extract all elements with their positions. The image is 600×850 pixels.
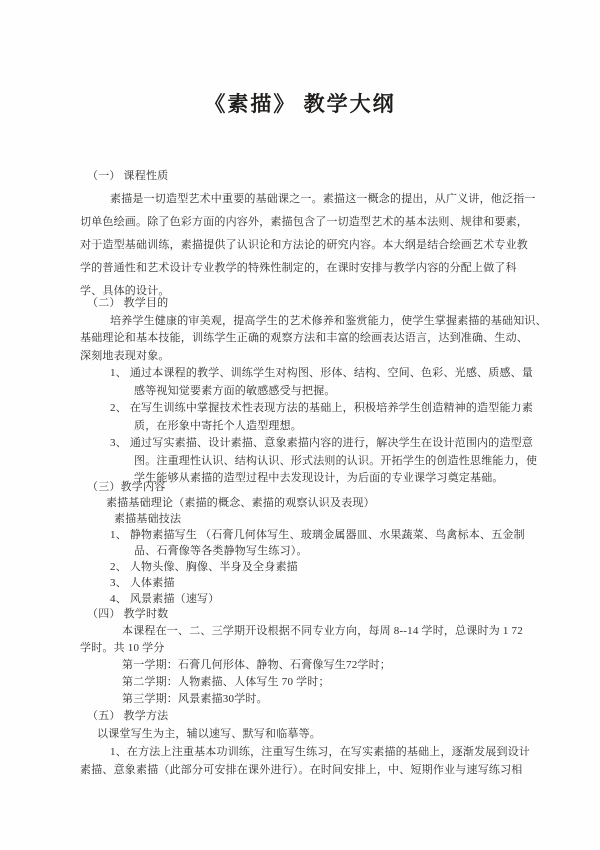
text-line: 本课程在一、二、三学期开设根据不同专业方向，每周 8--14 学时，总课时为 1…	[80, 623, 540, 640]
text-line: 感等视知觉要素方面的敏感感受与把握。	[80, 383, 540, 401]
text-line: 切单色绘画。除了色彩方面的内容外，素描包含了一切造型艺术的基本法则、规律和要素，	[80, 211, 540, 234]
section-heading: （三）教学内容	[80, 479, 540, 495]
text-line: 2、 人物头像、胸像、半身及全身素描	[80, 559, 540, 575]
text-line: 学时。共 10 学分	[80, 640, 540, 657]
text-line: 对于造型基础训练，素描提供了认识论和方法论的研究内容。本大纲是结合绘画艺术专业教	[80, 234, 540, 257]
text-line: 基础理论和基本技能，训练学生正确的观察方法和丰富的绘画表达语言，达到准确、生动、	[80, 330, 540, 348]
text-line: 第一学期：石膏几何形体、静物、石膏像写生72学时；	[80, 657, 540, 674]
text-line: 1、在方法上注重基本功训练，注重写生练习，在写实素描的基础上，逐渐发展到设计	[80, 743, 540, 761]
section-course-nature: （一） 课程性质素描是一切造型艺术中重要的基础课之一。素描这一概念的提出，从广义…	[80, 165, 540, 303]
section-heading: （五） 教学方法	[80, 707, 540, 725]
text-line: 质，在形象中寄托个人造型理想。	[80, 418, 540, 436]
section-teaching-aims: （二） 教学目的培养学生健康的审美观，提高学生的艺术修养和鉴赏能力，使学生掌握素…	[80, 295, 540, 488]
text-line: 学的普通性和艺术设计专业教学的特殊性制定的，在课时安排与教学内容的分配上做了科	[80, 257, 540, 280]
section-teaching-methods: （五） 教学方法以课堂写生为主，辅以速写、默写和临摹等。1、在方法上注重基本功训…	[80, 707, 540, 779]
section-teaching-content: （三）教学内容素描基础理论（素描的概念、素描的观察认识及表现）素描基础技法1、 …	[80, 479, 540, 607]
text-line: 2、 在写生训练中掌握技术性表现方法的基础上，积极培养学生创造精神的造型能力素	[80, 400, 540, 418]
text-line: 深刻地表现对象。	[80, 348, 540, 366]
text-line: 图。注重理性认识、结构认识、形式法则的认识。开拓学生的创造性思维能力，使	[80, 453, 540, 471]
text-line: 4、 风景素描（速写）	[80, 591, 540, 607]
text-line: 3、 人体素描	[80, 575, 540, 591]
text-line: 素描、意象素描（此部分可安排在课外进行）。在时间安排上，中、短期作业与速写练习相	[80, 761, 540, 779]
text-line: 品、石膏像等各类静物写生练习）。	[80, 543, 540, 559]
text-line: 1、 静物素描写生 （石膏几何体写生、玻璃金属器皿、水果蔬菜、鸟禽标本、五金制	[80, 527, 540, 543]
text-line: 素描基础理论（素描的概念、素描的观察认识及表现）	[80, 495, 540, 511]
text-line: 以课堂写生为主，辅以速写、默写和临摹等。	[80, 725, 540, 743]
section-heading: （一） 课程性质	[80, 165, 540, 188]
document-title: 《素描》 教学大纲	[0, 88, 600, 118]
text-line: 素描是一切造型艺术中重要的基础课之一。素描这一概念的提出，从广义讲，他泛指一	[80, 188, 540, 211]
text-line: 1、 通过本课程的教学、训练学生对构图、形体、结构、空间、色彩、光感、质感、量	[80, 365, 540, 383]
text-line: 3、 通过写实素描、设计素描、意象素描内容的进行，解决学生在设计范围内的造型意	[80, 435, 540, 453]
text-line: 第二学期：人物素描、人体写生 70 学时；	[80, 674, 540, 691]
text-line: 素描基础技法	[80, 511, 540, 527]
text-line: 培养学生健康的审美观，提高学生的艺术修养和鉴赏能力，使学生掌握素描的基础知识、	[80, 313, 540, 331]
document-page: 《素描》 教学大纲 （一） 课程性质素描是一切造型艺术中重要的基础课之一。素描这…	[0, 0, 600, 850]
section-heading: （二） 教学目的	[80, 295, 540, 313]
section-teaching-hours: （四） 教学时数本课程在一、二、三学期开设根据不同专业方向，每周 8--14 学…	[80, 606, 540, 708]
section-heading: （四） 教学时数	[80, 606, 540, 623]
text-line: 第三学期：风景素描30学时。	[80, 691, 540, 708]
